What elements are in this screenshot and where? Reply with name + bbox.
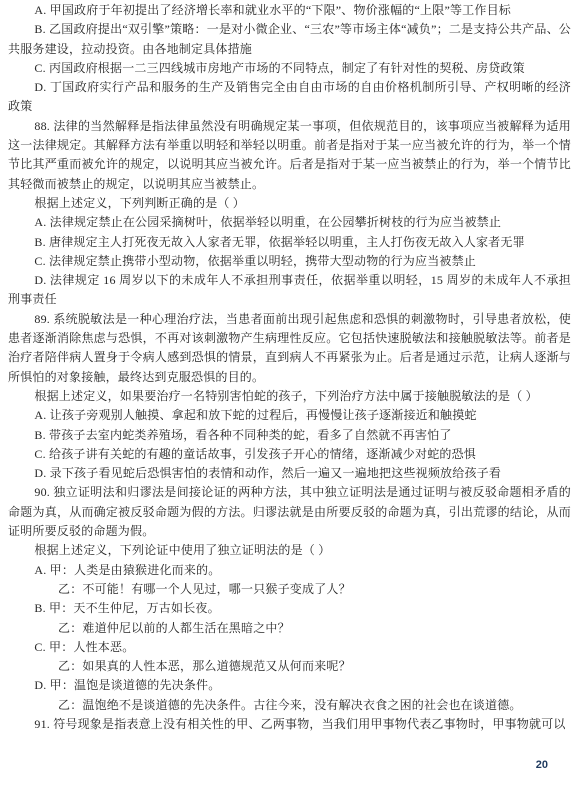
exam-page-text: A. 甲国政府于年初提出了经济增长率和就业水平的“下限”、物价涨幅的“上限”等工… <box>8 1 571 734</box>
answer-option: C. 法律规定禁止携带小型动物，依据举重以明轻，携带大型动物的行为应当被禁止 <box>8 252 571 271</box>
answer-option: B. 带孩子去室内蛇类养殖场，看各种不同种类的蛇，看多了自然就不再害怕了 <box>8 426 571 445</box>
answer-option: A. 法律规定禁止在公园采摘树叶，依据举轻以明重，在公园攀折树枝的行为应当被禁止 <box>8 213 571 232</box>
dialog-lead: D. 甲：温饱是谈道德的先决条件。 <box>8 676 571 695</box>
answer-option: D. 录下孩子看见蛇后恐惧害怕的表情和动作，然后一遍又一遍地把这些视频放给孩子看 <box>8 464 571 483</box>
carryover-option: A. 甲国政府于年初提出了经济增长率和就业水平的“下限”、物价涨幅的“上限”等工… <box>8 1 571 20</box>
answer-option: D. 法律规定 16 周岁以下的未成年人不承担刑事责任，依据举重以明轻，15 周… <box>8 271 571 310</box>
answer-option: A. 让孩子旁观别人触摸、拿起和放下蛇的过程后，再慢慢让孩子逐渐接近和触摸蛇 <box>8 406 571 425</box>
answer-option: C. 给孩子讲有关蛇的有趣的童话故事，引发孩子开心的情绪，逐渐减少对蛇的恐惧 <box>8 445 571 464</box>
question-stem: 90. 独立证明法和归谬法是间接论证的两种方法，其中独立证明法是通过证明与被反驳… <box>8 483 571 541</box>
carryover-option: D. 丁国政府实行产品和服务的生产及销售完全由自由市场的自由价格机制所引导、产权… <box>8 78 571 117</box>
question-stem: 91. 符号现象是指表意上没有相关性的甲、乙两事物，当我们用甲事物代表乙事物时，… <box>8 715 571 734</box>
question-stem: 89. 系统脱敏法是一种心理治疗法，当患者面前出现引起焦虑和恐惧的刺激物时，引导… <box>8 310 571 387</box>
dialog-reply: 乙：温饱绝不是谈道德的先决条件。古往今来，没有解决衣食之困的社会也在谈道德。 <box>8 696 571 715</box>
question-prompt: 根据上述定义，下列论证中使用了独立证明法的是（ ） <box>8 541 571 560</box>
dialog-lead: B. 甲：天不生仲尼，万古如长夜。 <box>8 599 571 618</box>
dialog-lead: C. 甲：人性本恶。 <box>8 638 571 657</box>
carryover-option: C. 丙国政府根据一二三四线城市房地产市场的不同特点，制定了有针对性的契税、房贷… <box>8 59 571 78</box>
dialog-reply: 乙：难道仲尼以前的人都生活在黑暗之中？ <box>8 619 571 638</box>
dialog-lead: A. 甲：人类是由猿猴进化而来的。 <box>8 561 571 580</box>
carryover-option: B. 乙国政府提出“双引擎”策略：一是对小微企业、“三农”等市场主体“减负”；二… <box>8 20 571 59</box>
page-number: 20 <box>536 759 548 771</box>
dialog-reply: 乙：不可能！有哪一个人见过，哪一只猴子变成了人？ <box>8 580 571 599</box>
question-prompt: 根据上述定义，如果要治疗一名特别害怕蛇的孩子，下列治疗方法中属于接触脱敏法的是（… <box>8 387 571 406</box>
question-prompt: 根据上述定义，下列判断正确的是（ ） <box>8 194 571 213</box>
answer-option: B. 唐律规定主人打死夜无故入人家者无罪，依据举轻以明重，主人打伤夜无故入人家者… <box>8 233 571 252</box>
question-stem: 88. 法律的当然解释是指法律虽然没有明确规定某一事项，但依规范目的，该事项应当… <box>8 117 571 194</box>
dialog-reply: 乙：如果真的人性本恶，那么道德规范又从何而来呢？ <box>8 657 571 676</box>
